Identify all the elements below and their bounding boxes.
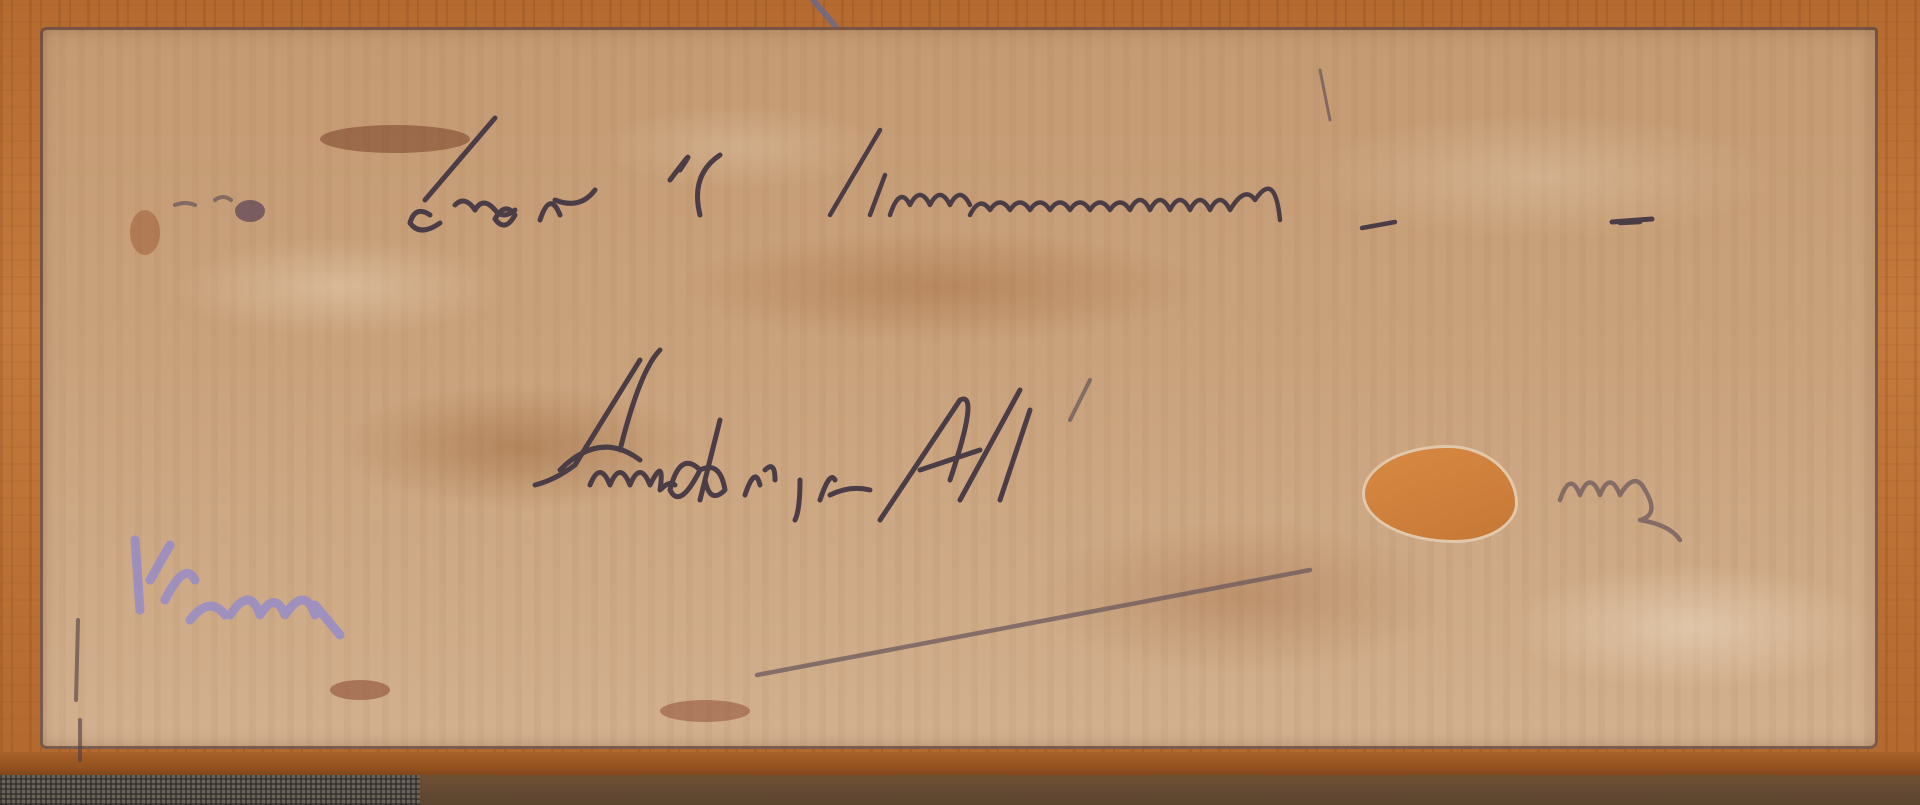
handwriting-layer [0, 0, 1920, 805]
